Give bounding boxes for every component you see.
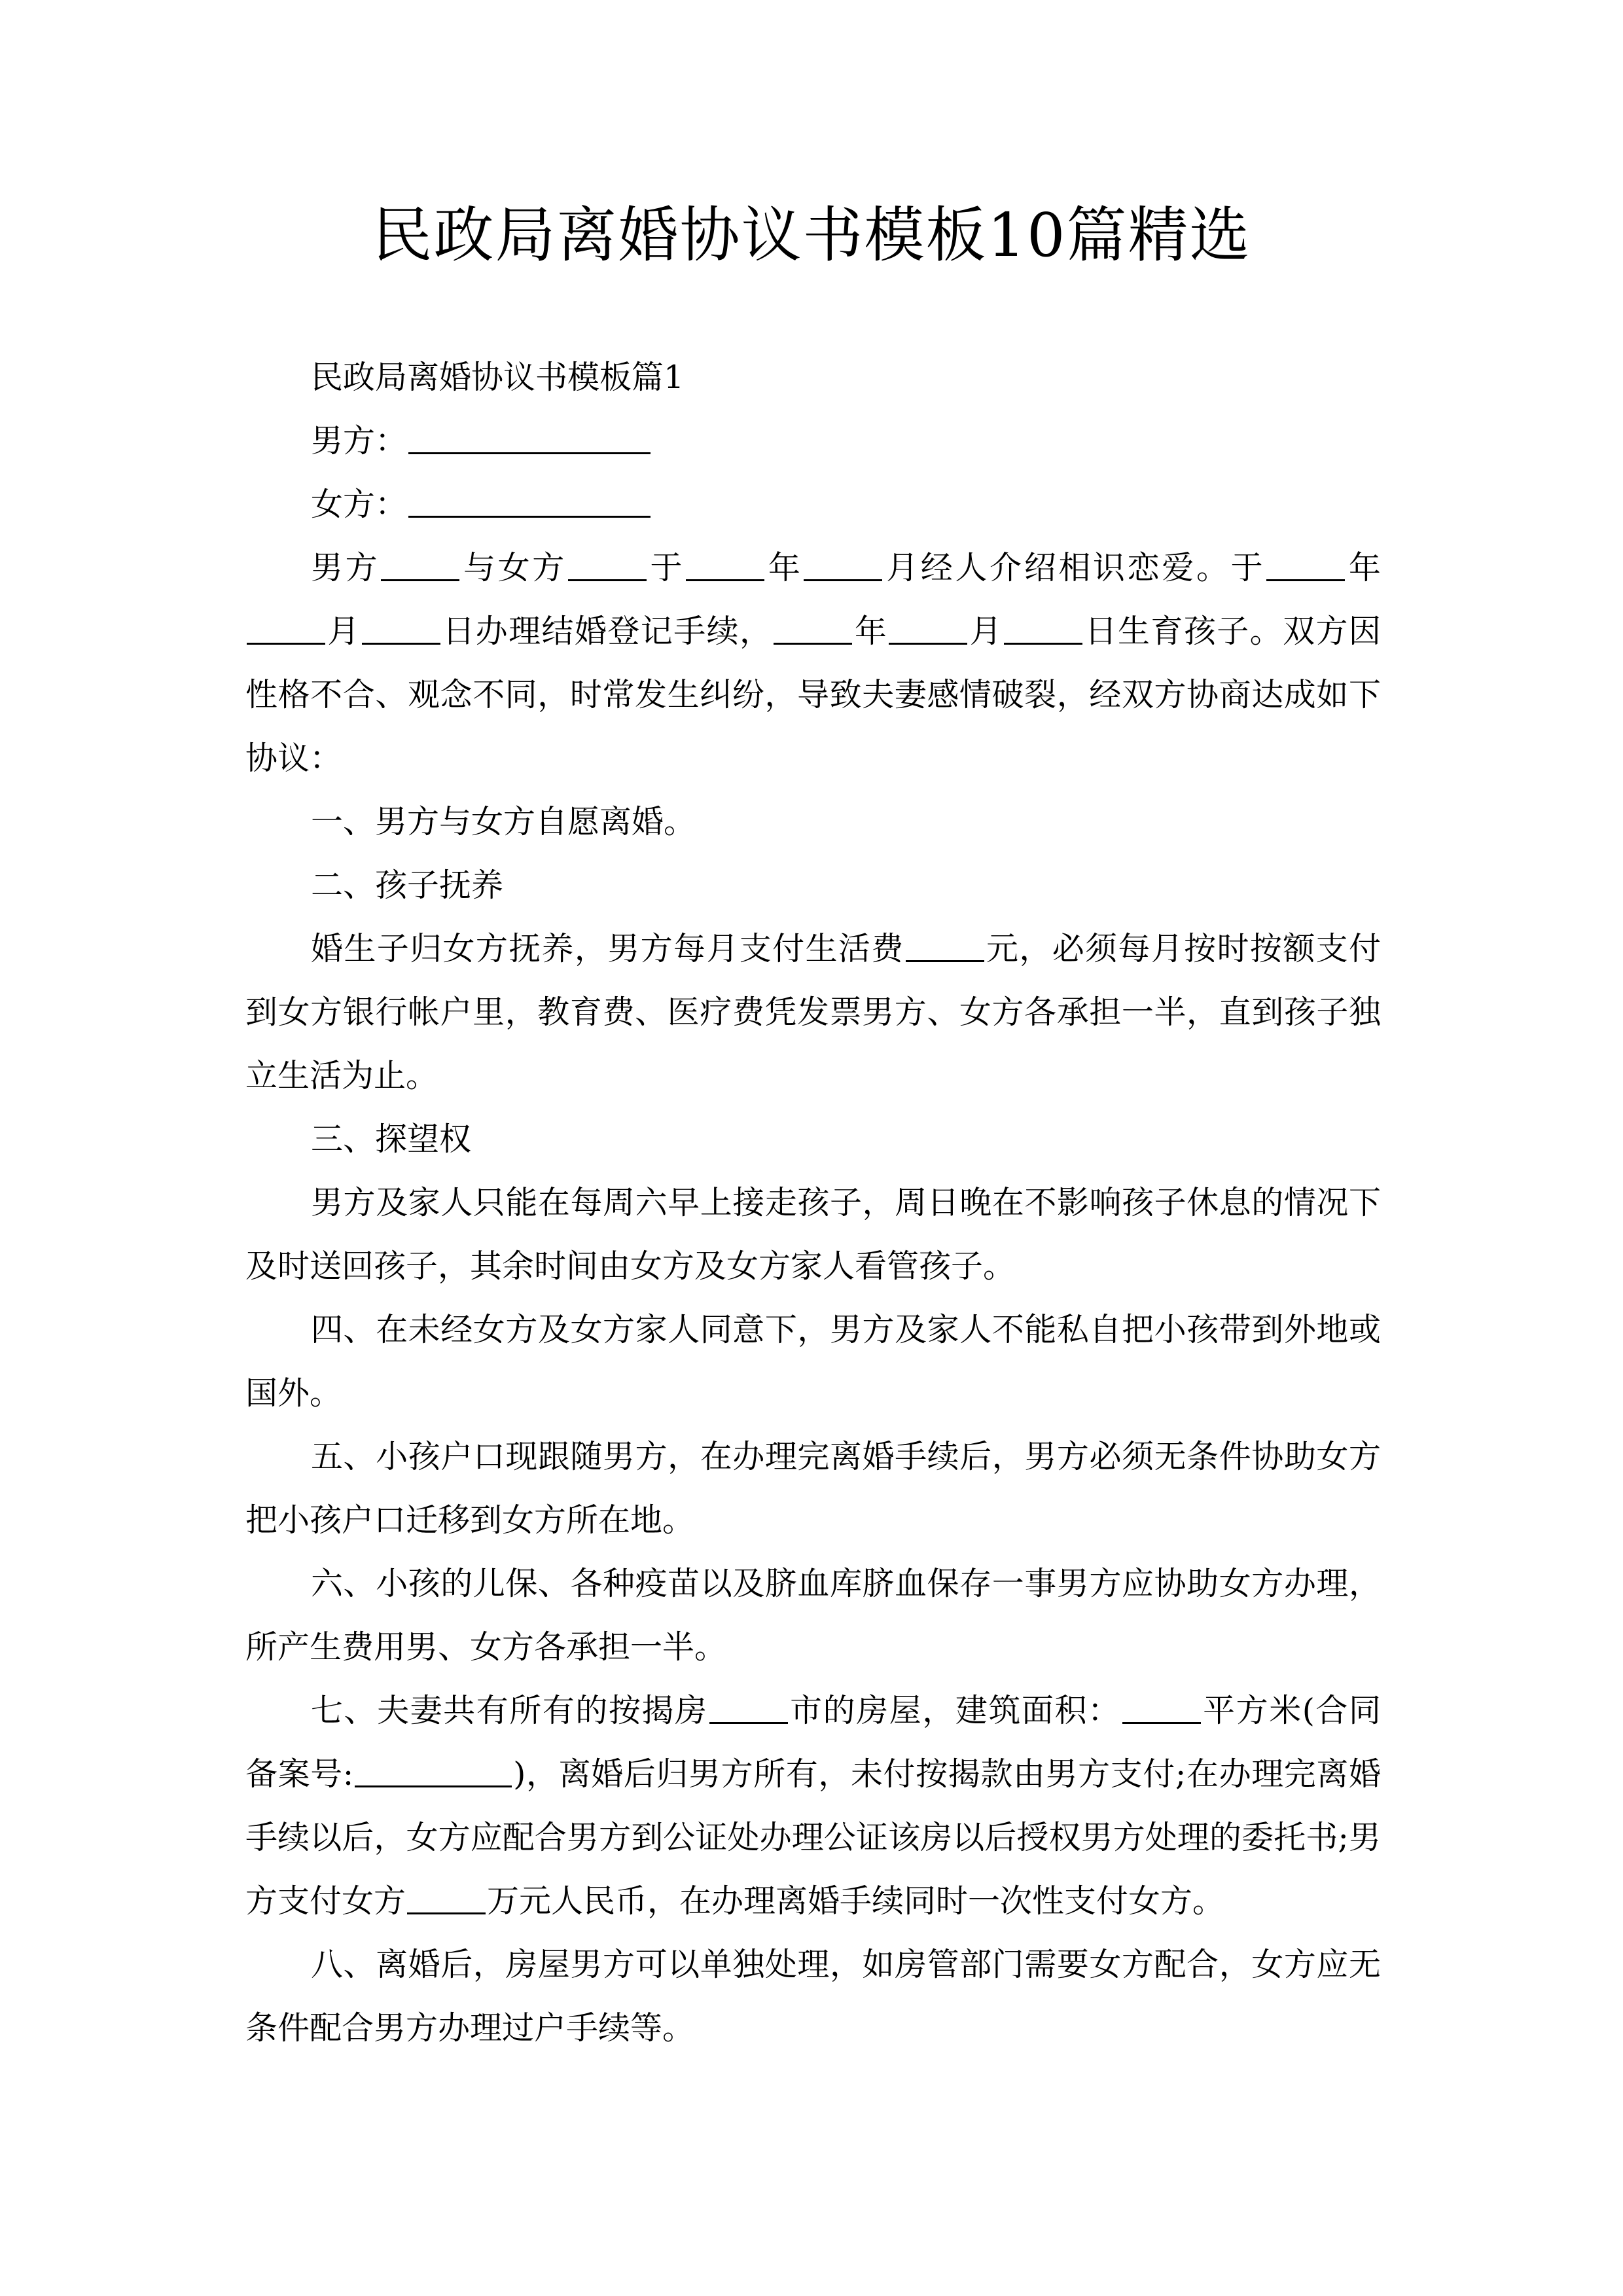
fill-blank: [381, 547, 459, 581]
male-party-blank: [408, 420, 651, 454]
fill-blank: [1004, 611, 1082, 645]
intro-text: 于: [648, 549, 685, 586]
fill-blank: [906, 928, 984, 962]
document-page: 民政局离婚协议书模板10篇精选 民政局离婚协议书模板篇1 男方： 女方： 男方与…: [0, 0, 1623, 2296]
fill-blank: [568, 547, 647, 581]
intro-text: 日办理结婚登记手续，: [442, 613, 773, 650]
clause-4: 四、在未经女方及女方家人同意下，男方及家人不能私自把小孩带到外地或国外。: [245, 1298, 1381, 1425]
clause-text: 七、夫妻共有所有的按揭房: [311, 1692, 708, 1729]
fill-blank: [774, 611, 852, 645]
fill-blank: [1266, 547, 1345, 581]
male-party-line: 男方：: [245, 409, 1381, 473]
clause-3-body: 男方及家人只能在每周六早上接走孩子，周日晚在不影响孩子休息的情况下及时送回孩子，…: [245, 1171, 1381, 1298]
clause-6: 六、小孩的儿保、各种疫苗以及脐血库脐血保存一事男方应协助女方办理，所产生费用男、…: [245, 1552, 1381, 1679]
fill-blank: [362, 611, 440, 645]
female-party-line: 女方：: [245, 473, 1381, 536]
fill-blank: [804, 547, 882, 581]
clause-text: 市的房屋，建筑面积：: [789, 1692, 1121, 1729]
fill-blank: [1122, 1690, 1201, 1724]
intro-text: 年: [853, 613, 887, 650]
fill-blank: [247, 611, 325, 645]
fill-blank: [709, 1690, 788, 1724]
clause-2-heading: 二、孩子抚养: [245, 853, 1381, 917]
female-party-label: 女方：: [311, 486, 407, 523]
intro-text: 男方: [311, 549, 380, 586]
clause-3-heading: 三、探望权: [245, 1107, 1381, 1171]
intro-text: 年: [1346, 549, 1381, 586]
document-title: 民政局离婚协议书模板10篇精选: [0, 196, 1623, 275]
fill-blank: [686, 547, 764, 581]
intro-text: 月经人介绍相识恋爱。于: [883, 549, 1265, 586]
clause-8: 八、离婚后，房屋男方可以单独处理，如房管部门需要女方配合，女方应无条件配合男方办…: [245, 1933, 1381, 2060]
intro-text: 月: [327, 613, 361, 650]
fill-blank: [355, 1753, 512, 1787]
clause-5: 五、小孩户口现跟随男方，在办理完离婚手续后，男方必须无条件协助女方把小孩户口迁移…: [245, 1425, 1381, 1552]
intro-text: 年: [766, 549, 802, 586]
clause-2-body: 婚生子归女方抚养，男方每月支付生活费元，必须每月按时按额支付到女方银行帐户里，教…: [245, 917, 1381, 1107]
section-heading: 民政局离婚协议书模板篇1: [245, 346, 1381, 409]
document-body: 民政局离婚协议书模板篇1 男方： 女方： 男方与女方于年月经人介绍相识恋爱。于年…: [245, 346, 1381, 2060]
fill-blank: [889, 611, 967, 645]
clause-1: 一、男方与女方自愿离婚。: [245, 790, 1381, 853]
intro-text: 月: [969, 613, 1003, 650]
clause-7: 七、夫妻共有所有的按揭房市的房屋，建筑面积：平方米(合同备案号:)，离婚后归男方…: [245, 1679, 1381, 1933]
intro-paragraph: 男方与女方于年月经人介绍相识恋爱。于年月日办理结婚登记手续，年月日生育孩子。双方…: [245, 536, 1381, 790]
female-party-blank: [408, 484, 651, 518]
intro-text: 与女方: [461, 549, 567, 586]
male-party-label: 男方：: [311, 422, 407, 459]
clause-text: 婚生子归女方抚养，男方每月支付生活费: [311, 930, 904, 967]
clause-text: 万元人民币，在办理离婚手续同时一次性支付女方。: [487, 1882, 1224, 1920]
fill-blank: [407, 1880, 486, 1914]
